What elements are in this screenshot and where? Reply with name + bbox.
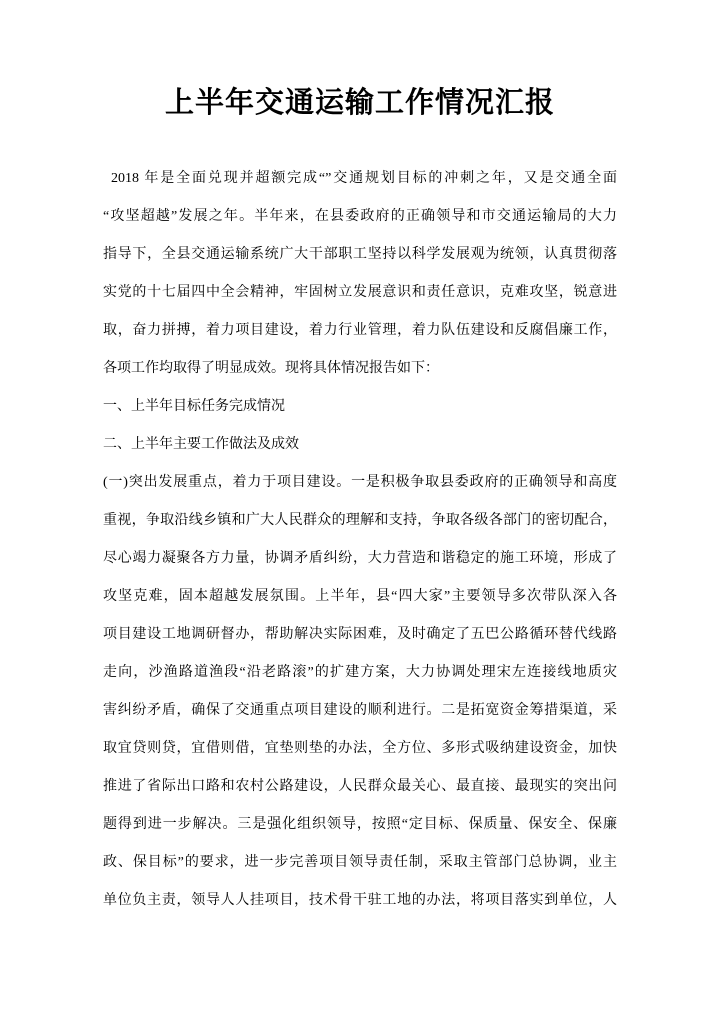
text-line: 政、保目标”的要求，进一步完善项目领导责任制，采取主管部门总协调，业主 bbox=[103, 844, 617, 882]
text-line: 攻坚克难，固本超越发展氛围。上半年，县“四大家”主要领导多次带队深入各 bbox=[103, 578, 617, 616]
text-line: 2018 年是全面兑现并超额完成“”交通规划目标的冲刺之年，又是交通全面 bbox=[103, 160, 617, 198]
text-line: 单位负主责，领导人人挂项目，技术骨干驻工地的办法，将项目落实到单位，人 bbox=[103, 882, 617, 920]
text-line: 尽心竭力凝聚各方力量，协调矛盾纠纷，大力营造和谐稳定的施工环境，形成了 bbox=[103, 540, 617, 578]
text-line: “攻坚超越”发展之年。半年来，在县委政府的正确领导和市交通运输局的大力 bbox=[103, 198, 617, 236]
document-page: 上半年交通运输工作情况汇报 2018 年是全面兑现并超额完成“”交通规划目标的冲… bbox=[0, 0, 721, 1020]
document-title: 上半年交通运输工作情况汇报 bbox=[103, 82, 617, 124]
text-line: 重视，争取沿线乡镇和广大人民群众的理解和支持，争取各级各部门的密切配合， bbox=[103, 502, 617, 540]
document-body: 2018 年是全面兑现并超额完成“”交通规划目标的冲刺之年，又是交通全面“攻坚超… bbox=[103, 160, 617, 920]
text-line: 取，奋力拼搏，着力项目建设，着力行业管理，着力队伍建设和反腐倡廉工作， bbox=[103, 312, 617, 350]
text-line: 一、上半年目标任务完成情况 bbox=[103, 388, 617, 426]
text-line: (一)突出发展重点，着力于项目建设。一是积极争取县委政府的正确领导和高度 bbox=[103, 464, 617, 502]
text-line: 题得到进一步解决。三是强化组织领导，按照“定目标、保质量、保安全、保廉 bbox=[103, 806, 617, 844]
text-line: 指导下，全县交通运输系统广大干部职工坚持以科学发展观为统领，认真贯彻落 bbox=[103, 236, 617, 274]
text-line: 走向，沙渔路道渔段“沿老路滚”的扩建方案，大力协调处理宋左连接线地质灾 bbox=[103, 654, 617, 692]
text-line: 项目建设工地调研督办，帮助解决实际困难，及时确定了五巴公路循环替代线路 bbox=[103, 616, 617, 654]
text-line: 实党的十七届四中全会精神，牢固树立发展意识和责任意识，克难攻坚，锐意进 bbox=[103, 274, 617, 312]
text-line: 二、上半年主要工作做法及成效 bbox=[103, 426, 617, 464]
text-line: 取宜贷则贷，宜借则借，宜垫则垫的办法，全方位、多形式吸纳建设资金，加快 bbox=[103, 730, 617, 768]
text-line: 推进了省际出口路和农村公路建设，人民群众最关心、最直接、最现实的突出问 bbox=[103, 768, 617, 806]
text-line: 害纠纷矛盾，确保了交通重点项目建设的顺利进行。二是拓宽资金筹措渠道，采 bbox=[103, 692, 617, 730]
text-line: 各项工作均取得了明显成效。现将具体情况报告如下： bbox=[103, 350, 617, 388]
